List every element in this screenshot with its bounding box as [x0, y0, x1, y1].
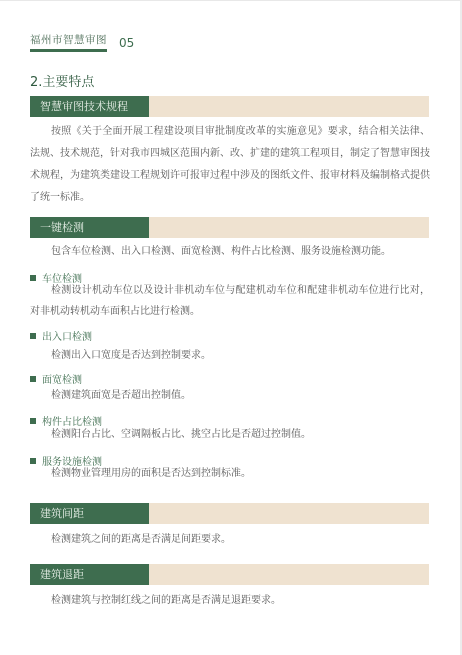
section-label: 建筑退距 — [30, 564, 149, 585]
item-desc: 检测物业管理用房的面积是否达到控制标准。 — [30, 463, 430, 484]
item-title: 面宽检测 — [30, 371, 82, 386]
square-bullet-icon — [30, 418, 36, 424]
item-desc: 检测阳台占比、空调隔板占比、挑空占比是否超过控制值。 — [30, 424, 430, 445]
section-body: 按照《关于全面开展工程建设项目审批制度改革的实施意见》要求，结合相关法律、法规、… — [30, 121, 430, 209]
item-title: 出入口检测 — [30, 328, 92, 343]
item-desc: 检测设计机动车位以及设计非机动车位与配建机动车位和配建非机动车位进行比对，对非机… — [30, 280, 430, 322]
section-header-bar: 智慧审图技术规程 — [30, 96, 429, 117]
section-header-bar: 建筑退距 — [30, 564, 429, 585]
page-top-border — [0, 0, 462, 1]
section-body: 检测建筑与控制红线之间的距离是否满足退距要求。 — [30, 590, 430, 612]
section-label: 一键检测 — [30, 217, 149, 238]
section-title: 2.主要特点 — [30, 71, 94, 90]
brand-title: 福州市智慧审图 — [30, 32, 107, 52]
item-title-text: 出入口检测 — [42, 328, 92, 343]
item-desc: 检测出入口宽度是否达到控制要求。 — [30, 345, 430, 366]
section-header-bar: 建筑间距 — [30, 503, 429, 524]
section-label: 智慧审图技术规程 — [30, 96, 149, 117]
section-body: 检测建筑之间的距离是否满足间距要求。 — [30, 529, 430, 551]
page-number: 05 — [119, 36, 134, 50]
section-body: 包含车位检测、出入口检测、面宽检测、构件占比检测、服务设施检测功能。 — [30, 241, 430, 263]
item-desc: 检测建筑面宽是否超出控制值。 — [30, 385, 430, 406]
item-title-text: 面宽检测 — [42, 371, 82, 386]
section-header-bar: 一键检测 — [30, 217, 429, 238]
square-bullet-icon — [30, 376, 36, 382]
section-label: 建筑间距 — [30, 503, 149, 524]
square-bullet-icon — [30, 333, 36, 339]
page-header: 福州市智慧审图 05 — [30, 32, 134, 52]
